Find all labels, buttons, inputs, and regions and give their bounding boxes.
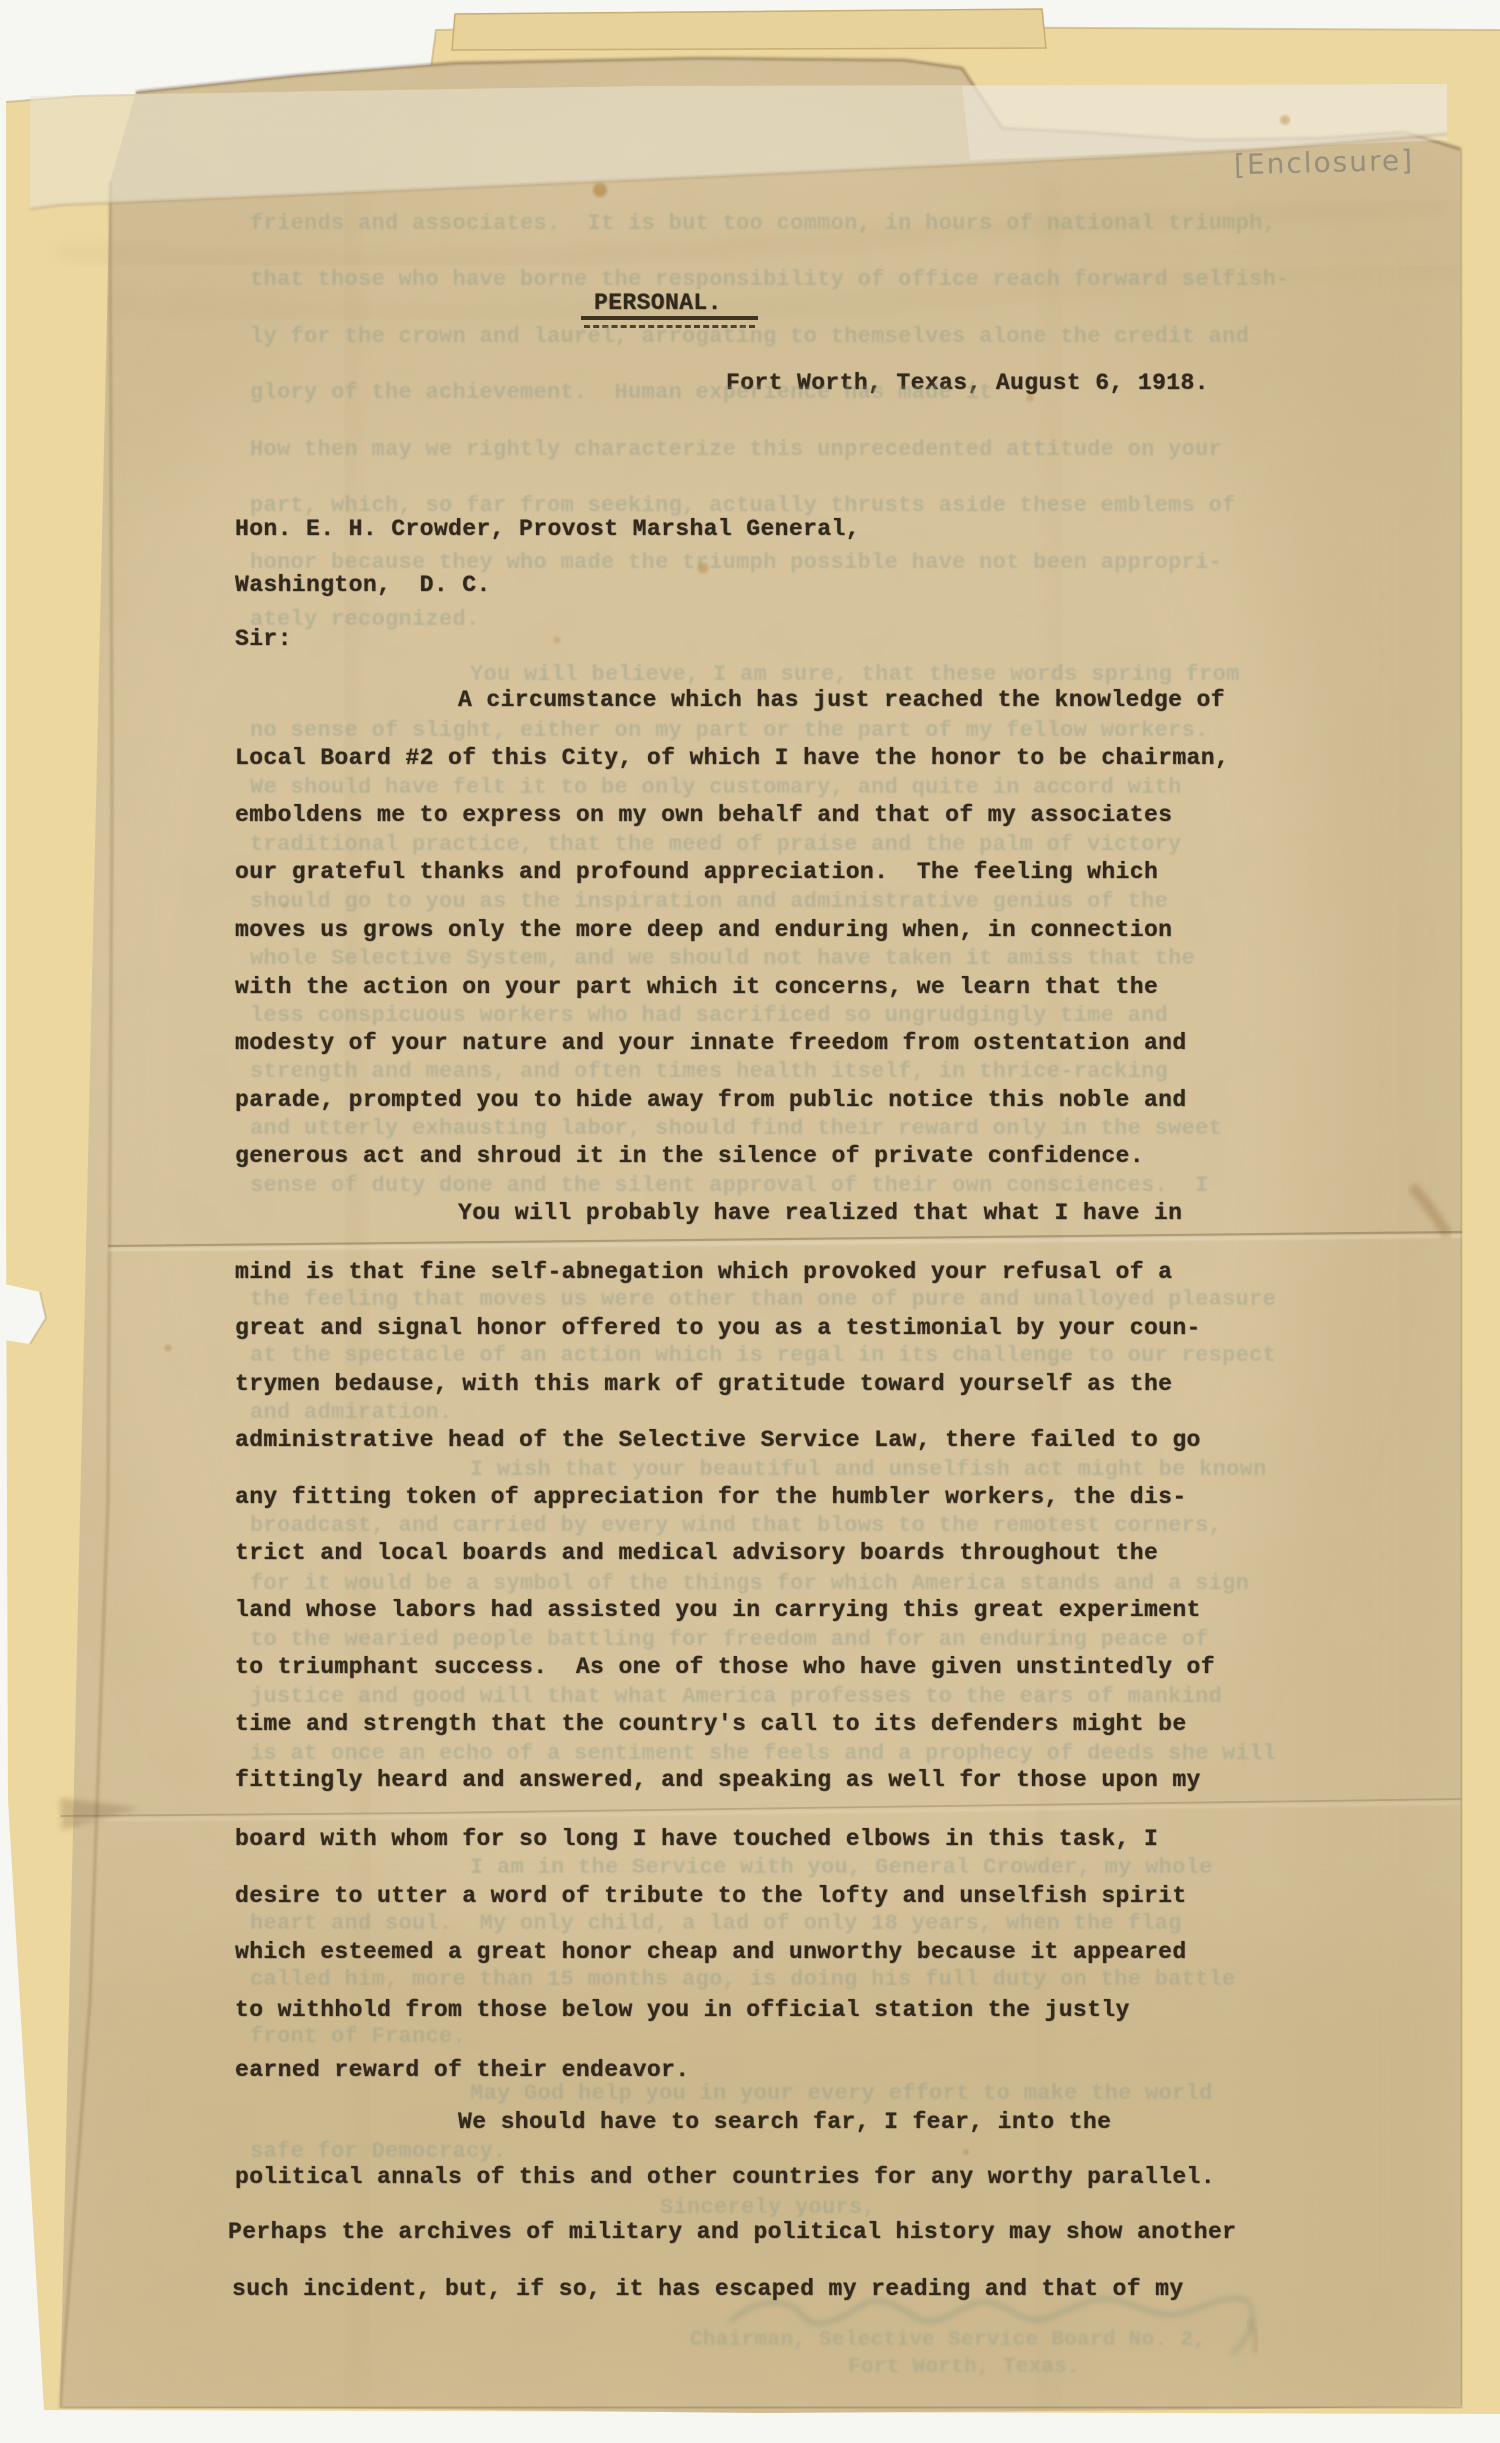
typed-line: modesty of your nature and your innate f… <box>235 1031 1187 1055</box>
recipient-line: Hon. E. H. Crowder, Provost Marshal Gene… <box>235 517 860 541</box>
typed-line: time and strength that the country's cal… <box>235 1712 1187 1736</box>
ghost-signature-title: Chairman, Selective Service Board No. 2, <box>690 2330 1206 2352</box>
typed-line: administrative head of the Selective Ser… <box>235 1428 1201 1452</box>
ghost-line: at the spectacle of an action which is r… <box>250 1344 1276 1367</box>
heading-underline <box>581 316 758 320</box>
ghost-line: less conspicuous workers who had sacrifi… <box>250 1004 1168 1027</box>
ghost-line: safe for Democracy. <box>250 2140 507 2163</box>
ghost-line: to the wearied people battling for freed… <box>250 1628 1209 1651</box>
typed-line: mind is that fine self-abnegation which … <box>235 1260 1172 1284</box>
typed-line: desire to utter a word of tribute to the… <box>235 1884 1187 1908</box>
ghost-line: called him, more than 15 months ago, is … <box>250 1968 1236 1991</box>
letter-heading: PERSONAL. <box>594 291 722 315</box>
typed-line: to withhold from those below you in offi… <box>235 1998 1130 2022</box>
typed-line: such incident, but, if so, it has escape… <box>232 2277 1184 2301</box>
ghost-line: May God help you in your every effort to… <box>470 2082 1213 2105</box>
ghost-line: traditional practice, that the meed of p… <box>250 833 1182 856</box>
ghost-line: should go to you as the inspiration and … <box>250 890 1168 913</box>
typed-line: generous act and shroud it in the silenc… <box>235 1144 1144 1168</box>
enclosure-annotation: [Enclosure] <box>1234 144 1415 182</box>
typed-line: moves us grows only the more deep and en… <box>235 918 1172 942</box>
ghost-line: the feeling that moves us were other tha… <box>250 1288 1276 1311</box>
ghost-line: no sense of slight, either on my part or… <box>250 719 1209 742</box>
ghost-line: and admiration. <box>250 1401 453 1424</box>
letter-scan: [Enclosure] PERSONAL. Fort Worth, Texas,… <box>0 0 1500 2443</box>
ghost-line: part, which, so far from seeking, actual… <box>250 494 1236 517</box>
ghost-line: and utterly exhausting labor, should fin… <box>250 1117 1222 1140</box>
typed-line: emboldens me to express on my own behalf… <box>235 803 1172 827</box>
typed-line: A circumstance which has just reached th… <box>458 688 1225 712</box>
typed-line: parade, prompted you to hide away from p… <box>235 1088 1187 1112</box>
typed-line: You will probably have realized that wha… <box>458 1201 1182 1225</box>
ghost-line: that those who have borne the responsibi… <box>250 268 1290 291</box>
ghost-line: broadcast, and carried by every wind tha… <box>250 1514 1222 1537</box>
typed-line: trymen bedause, with this mark of gratit… <box>235 1372 1172 1396</box>
typed-line: board with whom for so long I have touch… <box>235 1827 1158 1851</box>
ghost-line: sense of duty done and the silent approv… <box>250 1174 1209 1197</box>
typed-line: earned reward of their endeavor. <box>235 2058 689 2082</box>
typed-line: fittingly heard and answered, and speaki… <box>235 1768 1201 1792</box>
ghost-line: whole Selective System, and we should no… <box>250 947 1195 970</box>
ghost-line: justice and good will that what America … <box>250 1685 1222 1708</box>
ghost-line: is at once an echo of a sentiment she fe… <box>250 1742 1276 1765</box>
typed-line: political annals of this and other count… <box>235 2165 1215 2189</box>
typed-line: our grateful thanks and profound appreci… <box>235 860 1158 884</box>
ghost-signature-place: Fort Worth, Texas. <box>848 2357 1080 2379</box>
ghost-line: honor because they who made the triumph … <box>250 551 1222 574</box>
ghost-line: ly for the crown and laurel, arrogating … <box>250 325 1249 348</box>
typed-line: which esteemed a great honor cheap and u… <box>235 1940 1187 1964</box>
text-layer: [Enclosure] PERSONAL. Fort Worth, Texas,… <box>0 0 1500 2443</box>
recipient-line: Washington, D. C. <box>235 573 491 597</box>
typed-line: land whose labors had assisted you in ca… <box>235 1598 1201 1622</box>
ghost-line: I wish that your beautiful and unselfish… <box>470 1458 1267 1481</box>
typed-line: Perhaps the archives of military and pol… <box>228 2220 1236 2244</box>
typed-line: any fitting token of appreciation for th… <box>235 1485 1187 1509</box>
typed-line: to triumphant success. As one of those w… <box>235 1655 1215 1679</box>
typed-line: trict and local boards and medical advis… <box>235 1541 1158 1565</box>
ghost-line: glory of the achievement. Human experien… <box>250 381 993 404</box>
typed-line: great and signal honor offered to you as… <box>235 1316 1201 1340</box>
ghost-line: strength and means, and often times heal… <box>250 1060 1168 1083</box>
ghost-line: We should have felt it to be only custom… <box>250 776 1182 799</box>
typed-line: with the action on your part which it co… <box>235 975 1158 999</box>
ghost-line: front of France. <box>250 2025 466 2048</box>
typed-line: Local Board #2 of this City, of which I … <box>235 746 1229 770</box>
ghost-line: friends and associates. It is but too co… <box>250 212 1276 235</box>
ghost-line: How then may we rightly characterize thi… <box>250 438 1222 461</box>
ghost-line: Sincerely yours, <box>660 2196 876 2219</box>
ghost-line: ately recognized. <box>250 608 480 631</box>
ghost-line: for it would be a symbol of the things f… <box>250 1572 1249 1595</box>
ghost-line: heart and soul. My only child, a lad of … <box>250 1912 1182 1935</box>
ghost-line: You will believe, I am sure, that these … <box>470 663 1240 686</box>
typed-line: We should have to search far, I fear, in… <box>458 2110 1111 2134</box>
ghost-line: I am in the Service with you, General Cr… <box>470 1856 1213 1879</box>
